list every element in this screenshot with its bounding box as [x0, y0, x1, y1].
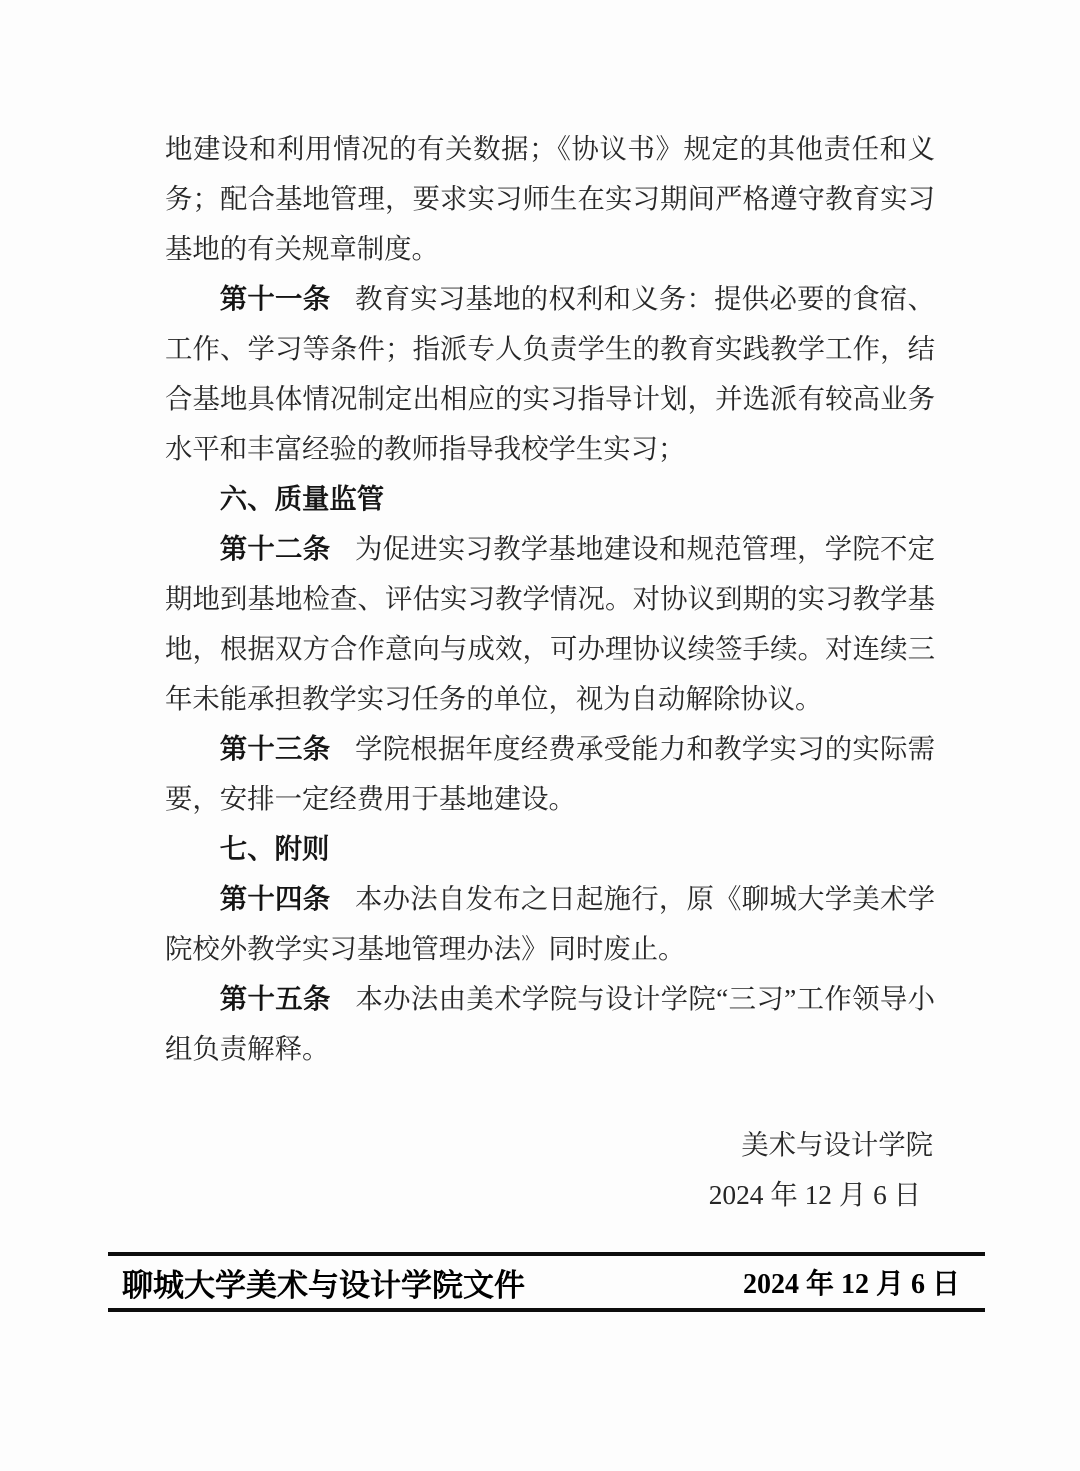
signature-org: 美术与设计学院: [165, 1120, 935, 1170]
paragraph: 第十二条为促进实习教学基地建设和规范管理，学院不定期地到基地检查、评估实习教学情…: [165, 524, 935, 724]
footer-banner: 聊城大学美术与设计学院文件 2024 年 12 月 6 日: [108, 1252, 985, 1312]
signature-block: 美术与设计学院 2024 年 12 月 6 日: [165, 1120, 935, 1220]
article-number: 第十二条: [220, 534, 331, 564]
paragraph: 第十五条本办法由美术学院与设计学院“三习”工作领导小组负责解释。: [165, 974, 935, 1074]
paragraph: 第十四条本办法自发布之日起施行，原《聊城大学美术学院校外教学实习基地管理办法》同…: [165, 874, 935, 974]
document-body: 地建设和利用情况的有关数据；《协议书》规定的其他责任和义务；配合基地管理，要求实…: [165, 124, 935, 1220]
article-number: 第十五条: [220, 984, 331, 1014]
paragraph: 第十一条教育实习基地的权利和义务：提供必要的食宿、工作、学习等条件；指派专人负责…: [165, 274, 935, 474]
document-page: 地建设和利用情况的有关数据；《协议书》规定的其他责任和义务；配合基地管理，要求实…: [0, 0, 1080, 1471]
article-number: 第十一条: [220, 284, 331, 314]
paragraph: 第十三条学院根据年度经费承受能力和教学实习的实际需要，安排一定经费用于基地建设。: [165, 724, 935, 824]
article-number: 第十四条: [220, 884, 331, 914]
paragraph: 地建设和利用情况的有关数据；《协议书》规定的其他责任和义务；配合基地管理，要求实…: [165, 124, 935, 274]
section-heading: 六、质量监管: [165, 474, 935, 524]
signature-date: 2024 年 12 月 6 日: [165, 1170, 935, 1220]
footer-date: 2024 年 12 月 6 日: [743, 1262, 960, 1302]
footer-title: 聊城大学美术与设计学院文件: [122, 1260, 525, 1305]
section-heading: 七、附则: [165, 824, 935, 874]
article-number: 第十三条: [220, 734, 331, 764]
